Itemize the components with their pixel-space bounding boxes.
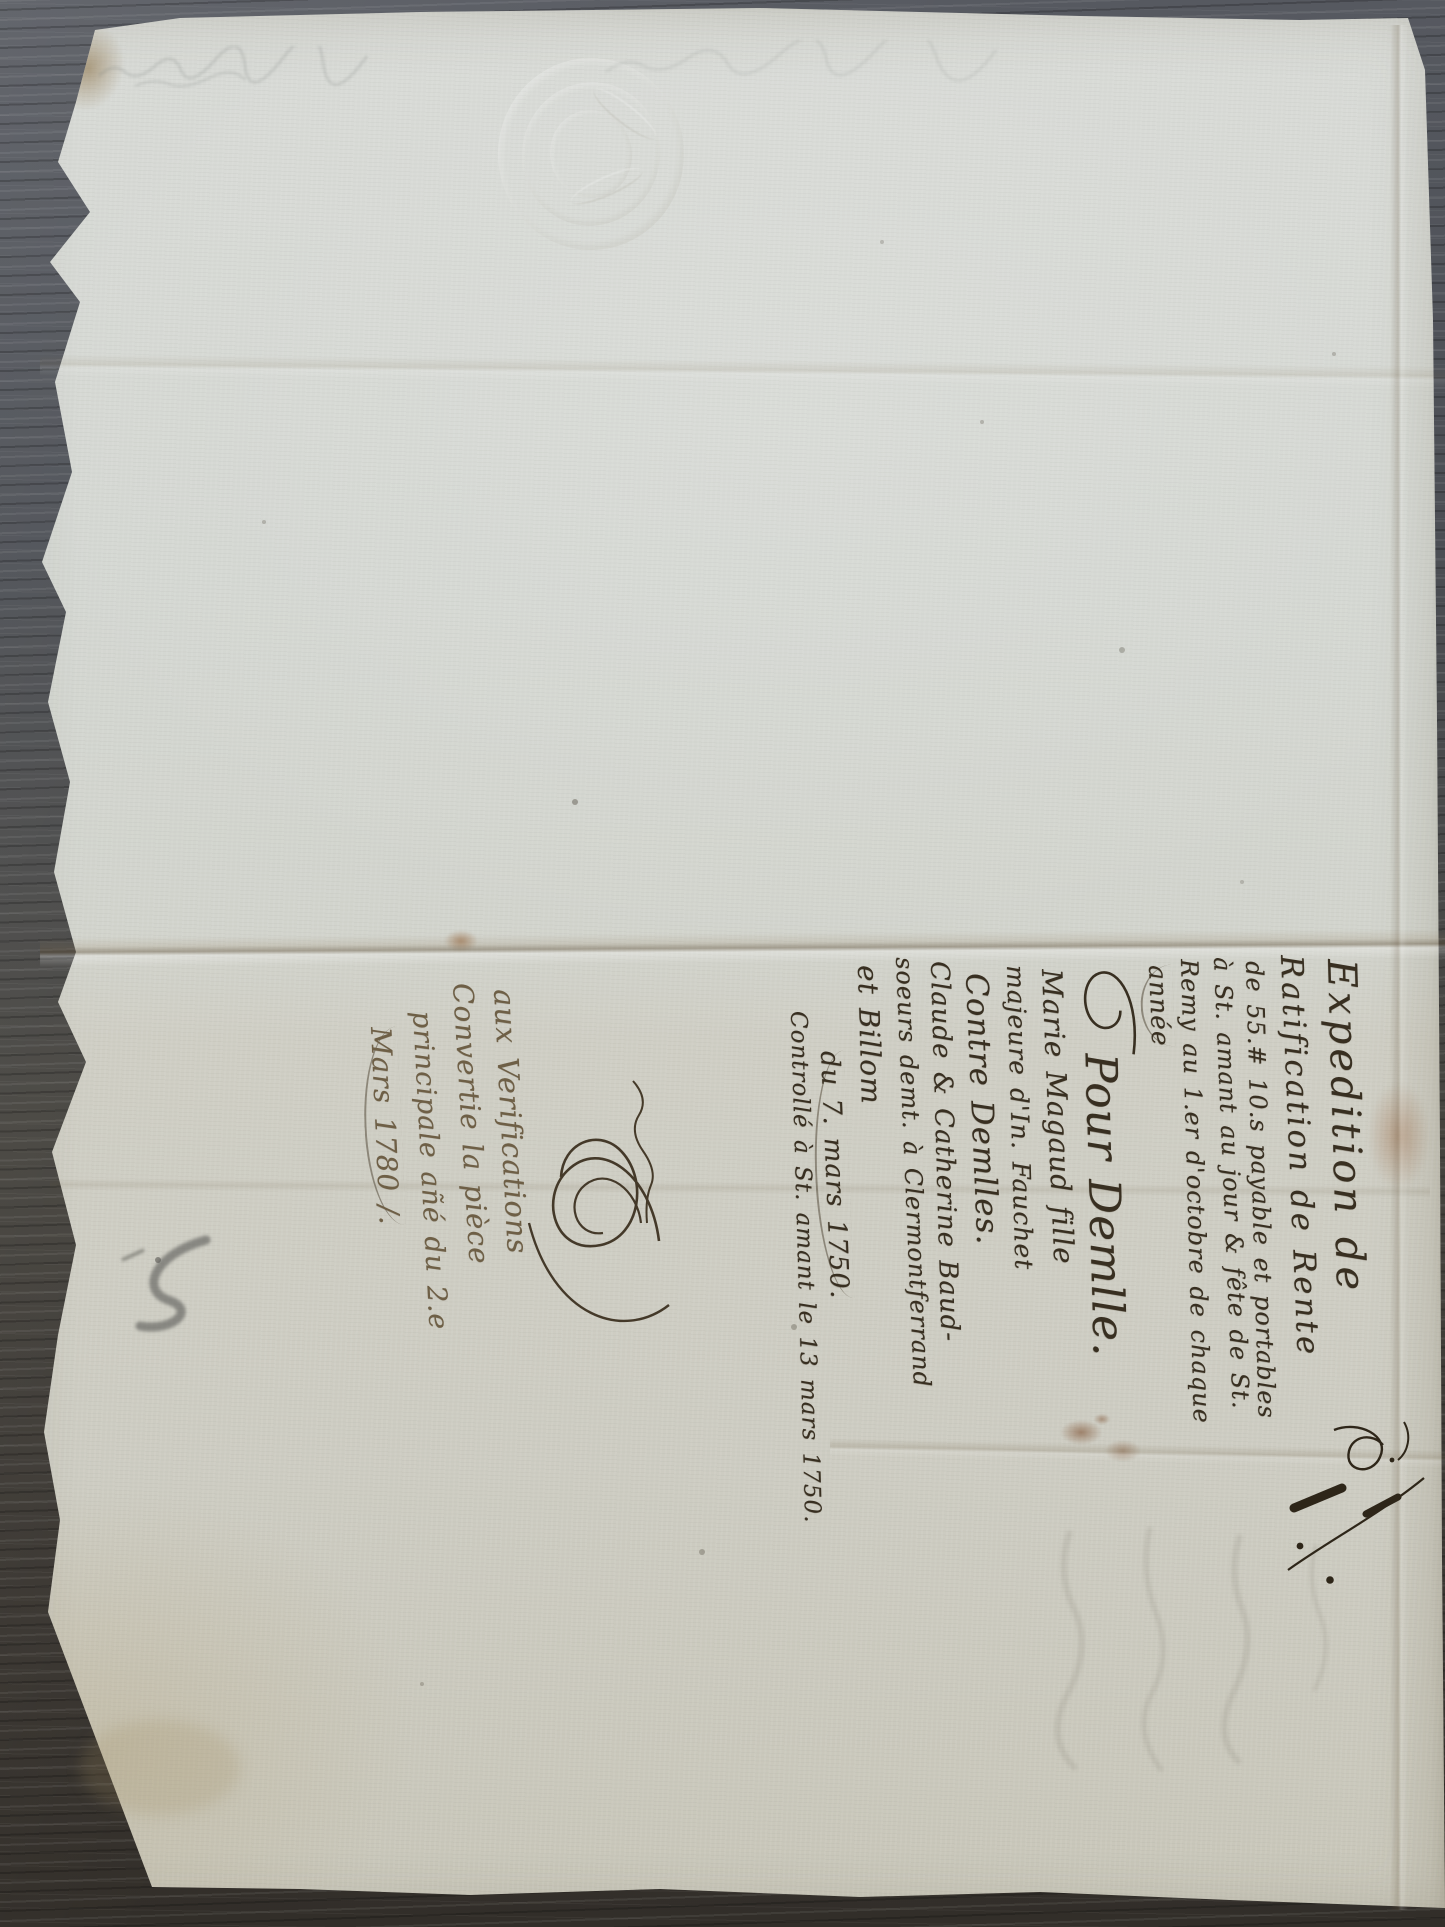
photograph-of-manuscript: Expedition de Ratification de Rente de 5… xyxy=(0,0,1445,1927)
handwritten-text-block: Expedition de Ratification de Rente de 5… xyxy=(275,955,1365,1520)
signature-paraph xyxy=(517,1073,677,1363)
marginal-annotation-date: Mars 1780 /. xyxy=(365,1026,417,1483)
ink-smudge xyxy=(110,1226,230,1350)
pen-flourish xyxy=(1077,962,1144,1060)
blind-embossed-seal xyxy=(498,58,684,250)
marginal-annotation-block: aux Verifications Convertie la pièce pri… xyxy=(365,983,520,1483)
